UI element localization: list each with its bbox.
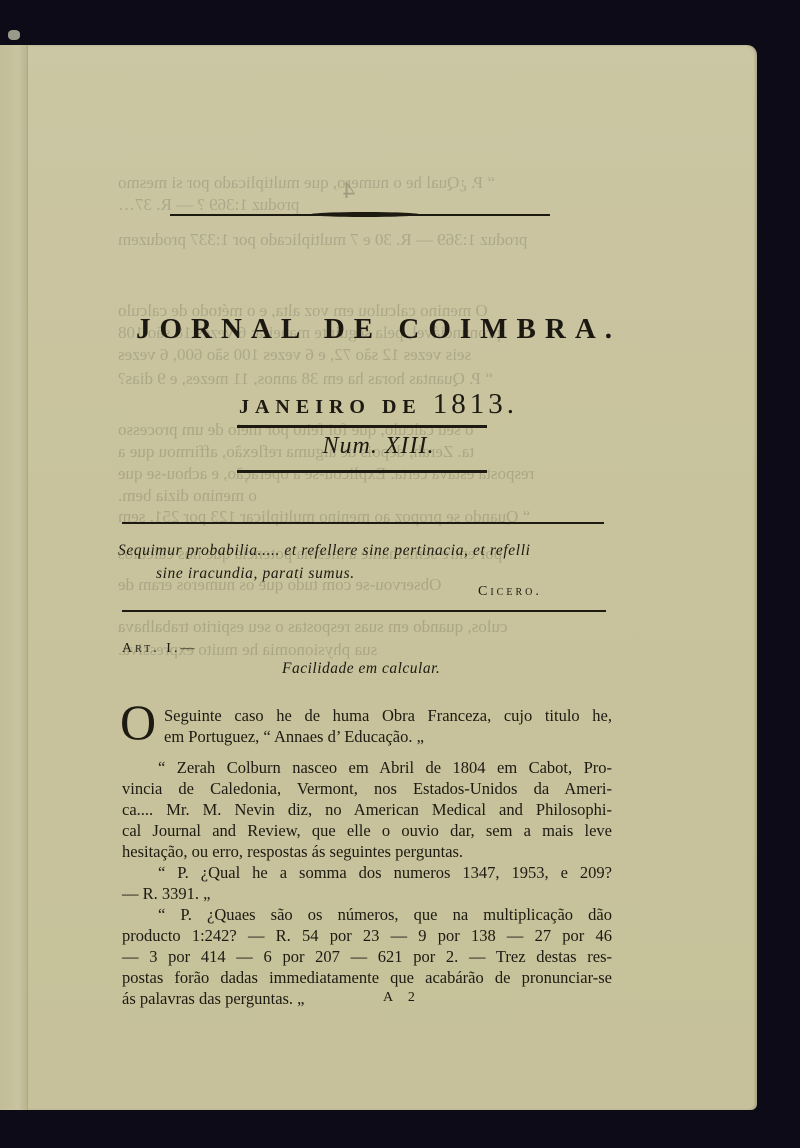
show-through-line: “ Quando se propoz ao menino multiplicar… [118,507,530,527]
epigraph: Sequimur probabilia..... et refellere si… [118,539,618,585]
text-line: producto 1:242? — R. 54 por 23 — 9 por 1… [122,925,612,946]
text-line: — R. 3391. „ [122,883,612,904]
paragraph-question-2: “ P. ¿Quaes são os números, que na multi… [122,904,612,1009]
issue-number: Num. XIII. [0,433,757,460]
epigraph-line-1: Sequimur probabilia..... et refellere si… [118,542,531,559]
issue-date-month: JANEIRO DE [239,396,422,418]
text-line: “ P. ¿Qual he a somma dos numeros 1347, … [122,862,612,883]
text-line: — 3 por 414 — 6 por 207 — 621 por 2. — T… [122,946,612,967]
epigraph-rule-bottom [122,610,606,612]
text-line: hesitação, ou erro, respostas ás seguint… [122,841,612,862]
paragraph-question-1: “ P. ¿Qual he a somma dos numeros 1347, … [122,862,612,904]
drop-cap: O [120,698,156,746]
article-title: Facilidade em calcular. [282,660,440,678]
epigraph-attribution: Cicero. [478,584,542,600]
text-line: “ P. ¿Quaes são os números, que na multi… [122,904,612,925]
text-line: cal Journal and Review, que elle o ouvio… [122,820,612,841]
issue-date: JANEIRO DE 1813. [0,388,757,421]
paragraph-colburn: “ Zerah Colburn nasceo em Abril de 1804 … [122,757,612,862]
epigraph-line-2: sine iracundia, parati sumus. [118,562,618,585]
binding-gutter [0,45,28,1110]
paper-page: 4 “ P. ¿Qual he o numero, que multiplica… [0,45,757,1110]
intro-paragraph: Seguinte caso he de huma Obra Franceza, … [164,705,612,747]
issue-rule-bottom [237,470,487,473]
show-through-line: resposta estava certa. Explicou-se a ope… [118,464,534,484]
text-line: ca.... Mr. M. Nevin diz, no American Med… [122,799,612,820]
text-line: vincia de Caledonia, Vermont, nos Estado… [122,778,612,799]
article-label: Art. I.— [122,641,197,657]
show-through-line: o menino dizia bem. [118,486,257,506]
text-line: Seguinte caso he de huma Obra Franceza, … [164,705,612,726]
show-through-line: produz 1:369 ? — R. 37… [118,195,299,215]
text-line: em Portuguez, “ Annaes d’ Educação. „ [164,726,612,747]
text-line: postas forão dadas immediatamente que ac… [122,967,612,988]
scan-debris [8,30,20,40]
show-through-line: “ P. Quantas horas ha em 38 annos, 11 me… [118,369,493,389]
issue-rule-top [237,425,487,428]
journal-title: JORNAL DE COIMBRA. [0,313,757,346]
show-through-line: produz 1:369 — R. 30 e 7 multiplicado po… [118,230,527,250]
show-through-line: “ P. ¿Qual he o numero, que multiplicado… [118,173,495,193]
text-line: “ Zerah Colburn nasceo em Abril de 1804 … [122,757,612,778]
ornamental-rule-swell [310,212,420,217]
show-through-line: culos, quando em suas respostas o seu es… [118,617,508,637]
show-through-line: seis vezes 12 são 72, e 6 vezes 100 são … [118,345,471,365]
text-line: ás palavras das perguntas. „ [122,988,612,1009]
issue-date-year: 1813. [433,388,518,420]
signature-mark: A 2 [383,990,421,1006]
epigraph-rule-top [122,522,604,524]
